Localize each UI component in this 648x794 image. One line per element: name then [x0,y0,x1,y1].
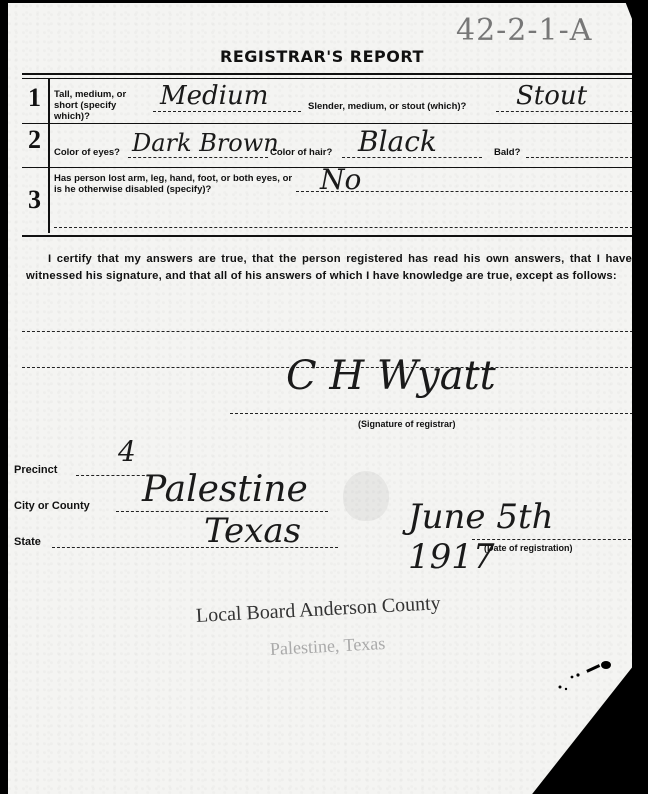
disability-value[interactable]: No [320,163,361,196]
city-value[interactable]: Palestine [142,469,308,510]
registrar-signature[interactable]: C H Wyatt [286,353,496,399]
page-title: REGISTRAR'S REPORT [220,47,424,66]
certification-paragraph: I certify that my answers are true, that… [26,253,632,282]
height-label: Tall, medium, or short (specify which)? [54,89,152,122]
build-value[interactable]: Stout [516,81,587,111]
registration-card: 42-2-1-A REGISTRAR'S REPORT 1 Tall, medi… [8,3,632,794]
local-board-stamp-line2: Palestine, Texas [269,633,385,660]
precinct-value[interactable]: 4 [118,435,136,468]
bottom-rule [22,235,638,237]
registration-date-value[interactable]: June 5th 1917 [408,497,632,577]
serial-number: 42-2-1-A [456,13,592,48]
eye-color-line [128,157,268,158]
row-number-3: 3 [28,185,41,215]
hair-color-value[interactable]: Black [358,125,437,158]
signature-line [230,413,638,414]
ink-spot-marks [538,653,618,703]
certification-text: I certify that my answers are true, that… [26,251,632,285]
city-label: City or County [14,501,90,512]
height-value[interactable]: Medium [160,81,268,111]
eye-color-label: Color of eyes? [54,147,120,158]
exception-line-1[interactable] [22,331,638,332]
row-divider-1 [22,123,638,124]
eye-color-value[interactable]: Dark Brown [132,129,279,157]
paper-watermark [343,471,389,521]
row-number-1: 1 [28,83,41,113]
build-label: Slender, medium, or stout (which)? [308,101,466,112]
row-number-divider [48,79,50,233]
top-rule [22,73,638,79]
state-label: State [14,537,41,548]
row-number-2: 2 [28,125,41,155]
date-line [472,539,636,540]
height-field-line [153,111,301,112]
bald-label: Bald? [494,147,520,158]
signature-caption: (Signature of registrar) [358,419,456,429]
hair-color-label: Color of hair? [270,147,332,158]
disability-line-2[interactable] [54,227,638,228]
precinct-label: Precinct [14,465,57,476]
local-board-stamp-line1: Local Board Anderson County [195,592,441,628]
disability-label: Has person lost arm, leg, hand, foot, or… [54,173,294,195]
build-field-line [496,111,638,112]
state-value[interactable]: Texas [204,511,301,551]
bald-field-line[interactable] [526,157,638,158]
date-caption: (Date of registration) [484,543,573,553]
